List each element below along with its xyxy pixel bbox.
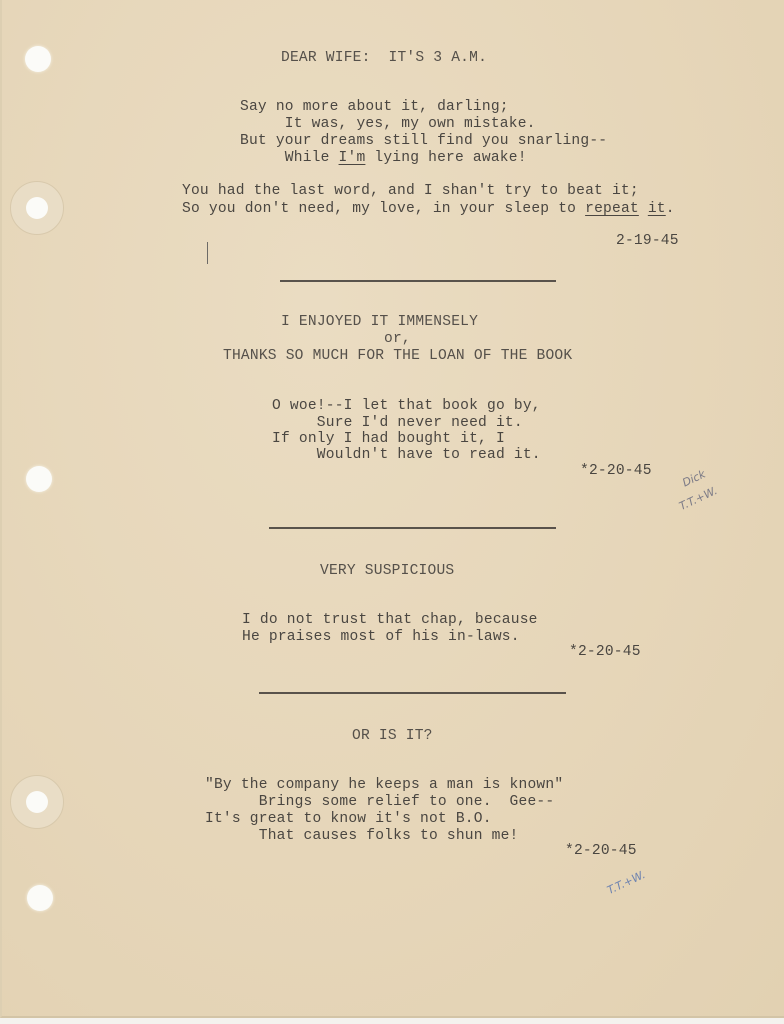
poem-date: *2-20-45 bbox=[565, 843, 637, 860]
poem-line: Brings some relief to one. Gee-- bbox=[205, 794, 554, 811]
section-divider bbox=[259, 692, 566, 694]
poem-line: While I'm lying here awake! bbox=[240, 150, 527, 167]
poem-line: I do not trust that chap, because bbox=[242, 612, 538, 629]
binder-hole bbox=[25, 46, 51, 72]
poem-date: 2-19-45 bbox=[616, 233, 679, 250]
poem-line: Say no more about it, darling; bbox=[240, 99, 509, 116]
line-part: So you don't need, my love, in your slee… bbox=[182, 201, 585, 217]
poem-line: He praises most of his in-laws. bbox=[242, 629, 520, 646]
poem-title: DEAR WIFE: IT'S 3 A.M. bbox=[281, 50, 487, 67]
handwritten-note: Dick bbox=[680, 468, 707, 490]
poem-line: Sure I'd never need it. bbox=[272, 415, 523, 432]
reinforced-binder-hole bbox=[10, 181, 64, 235]
binder-hole bbox=[27, 885, 53, 911]
poem-line: If only I had bought it, I bbox=[272, 431, 505, 448]
poem-line: But your dreams still find you snarling-… bbox=[240, 133, 607, 150]
underlined-word: it bbox=[648, 201, 666, 217]
typed-page: DEAR WIFE: IT'S 3 A.M. Say no more about… bbox=[0, 0, 784, 1018]
handwritten-note: T.T.+W. bbox=[605, 868, 647, 897]
poem-line: It's great to know it's not B.O. bbox=[205, 811, 492, 828]
poem-line: So you don't need, my love, in your slee… bbox=[182, 201, 675, 218]
poem-line: It was, yes, my own mistake. bbox=[240, 116, 536, 133]
poem-date: *2-20-45 bbox=[580, 463, 652, 480]
reinforced-binder-hole bbox=[10, 775, 64, 829]
section-divider bbox=[280, 280, 556, 282]
poem-line: "By the company he keeps a man is known" bbox=[205, 777, 563, 794]
handwritten-note: T.T.+W. bbox=[677, 484, 719, 513]
poem-line: Wouldn't have to read it. bbox=[272, 447, 541, 464]
poem-line: That causes folks to shun me! bbox=[205, 828, 519, 845]
poem-subtitle: THANKS SO MUCH FOR THE LOAN OF THE BOOK bbox=[223, 348, 572, 365]
line-part: . bbox=[666, 201, 675, 217]
section-divider bbox=[269, 527, 556, 529]
poem-title-or: or, bbox=[384, 331, 411, 348]
poem-title: VERY SUSPICIOUS bbox=[320, 563, 454, 580]
poem-line: You had the last word, and I shan't try … bbox=[182, 183, 639, 200]
underlined-word: I'm bbox=[339, 150, 366, 166]
poem-title: I ENJOYED IT IMMENSELY bbox=[281, 314, 478, 331]
line-part: lying here awake! bbox=[365, 150, 526, 166]
poem-line: O woe!--I let that book go by, bbox=[272, 398, 541, 415]
poem-title: OR IS IT? bbox=[352, 728, 433, 745]
pen-mark bbox=[207, 242, 208, 264]
line-part: While bbox=[240, 150, 339, 166]
line-part bbox=[639, 201, 648, 217]
binder-hole bbox=[26, 466, 52, 492]
poem-date: *2-20-45 bbox=[569, 644, 641, 661]
underlined-word: repeat bbox=[585, 201, 639, 217]
